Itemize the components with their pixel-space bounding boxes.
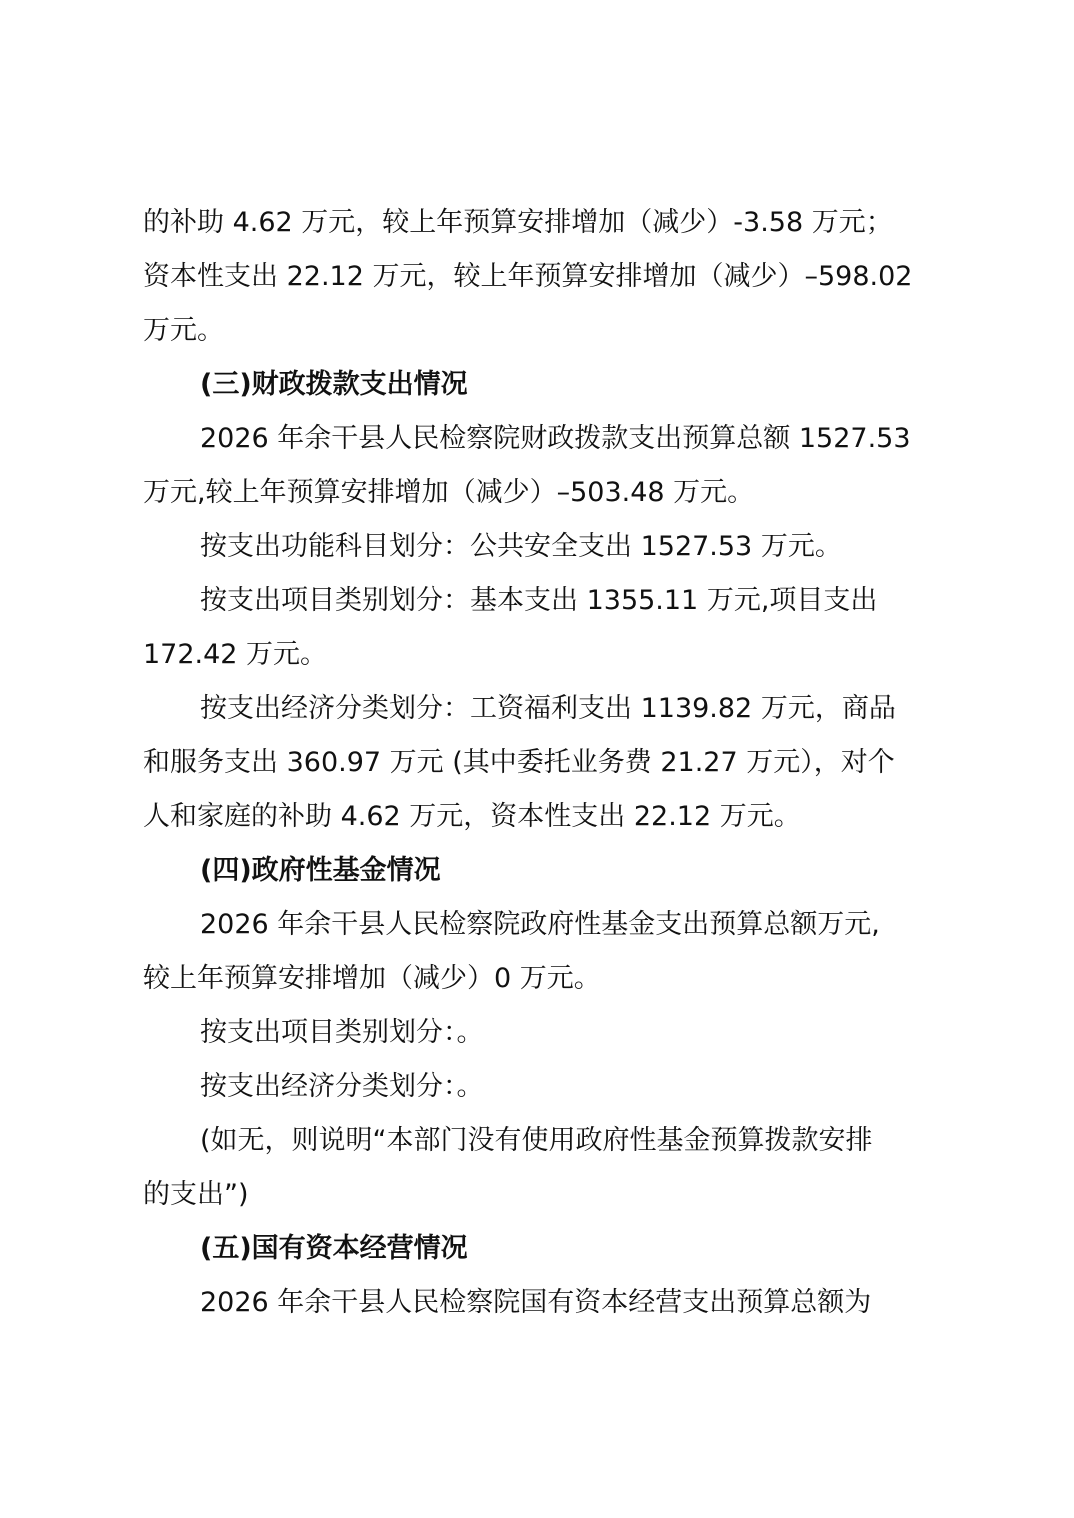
body-text-line: 万元,较上年预算安排增加（减少）–503.48 万元。 — [143, 466, 935, 520]
body-text-line: 2026 年余干县人民检察院财政拨款支出预算总额 1527.53 — [143, 412, 935, 466]
body-text-line: 172.42 万元。 — [143, 628, 935, 682]
body-text-line: 按支出项目类别划分：。 — [143, 1006, 935, 1060]
body-text-line: (如无，则说明“本部门没有使用政府性基金预算拨款安排 — [143, 1114, 935, 1168]
document-page: 的补助 4.62 万元，较上年预算安排增加（减少）-3.58 万元； 资本性支出… — [143, 196, 935, 1330]
section-heading-fiscal-appropriation: (三)财政拨款支出情况 — [143, 358, 935, 412]
body-text-line: 的支出”) — [143, 1168, 935, 1222]
section-heading-government-fund: (四)政府性基金情况 — [143, 844, 935, 898]
body-text-line: 资本性支出 22.12 万元，较上年预算安排增加（减少）–598.02 — [143, 250, 935, 304]
body-text-line: 和服务支出 360.97 万元 (其中委托业务费 21.27 万元），对个 — [143, 736, 935, 790]
body-text-line: 人和家庭的补助 4.62 万元，资本性支出 22.12 万元。 — [143, 790, 935, 844]
section-heading-state-capital: (五)国有资本经营情况 — [143, 1222, 935, 1276]
body-text-line: 较上年预算安排增加（减少）0 万元。 — [143, 952, 935, 1006]
body-text-line: 万元。 — [143, 304, 935, 358]
body-text-line: 按支出经济分类划分：。 — [143, 1060, 935, 1114]
body-text-line: 2026 年余干县人民检察院政府性基金支出预算总额万元, — [143, 898, 935, 952]
body-text-line: 按支出功能科目划分：公共安全支出 1527.53 万元。 — [143, 520, 935, 574]
body-text-line: 按支出项目类别划分：基本支出 1355.11 万元,项目支出 — [143, 574, 935, 628]
body-text-line: 的补助 4.62 万元，较上年预算安排增加（减少）-3.58 万元； — [143, 196, 935, 250]
body-text-line: 按支出经济分类划分：工资福利支出 1139.82 万元，商品 — [143, 682, 935, 736]
body-text-line: 2026 年余干县人民检察院国有资本经营支出预算总额为 — [143, 1276, 935, 1330]
